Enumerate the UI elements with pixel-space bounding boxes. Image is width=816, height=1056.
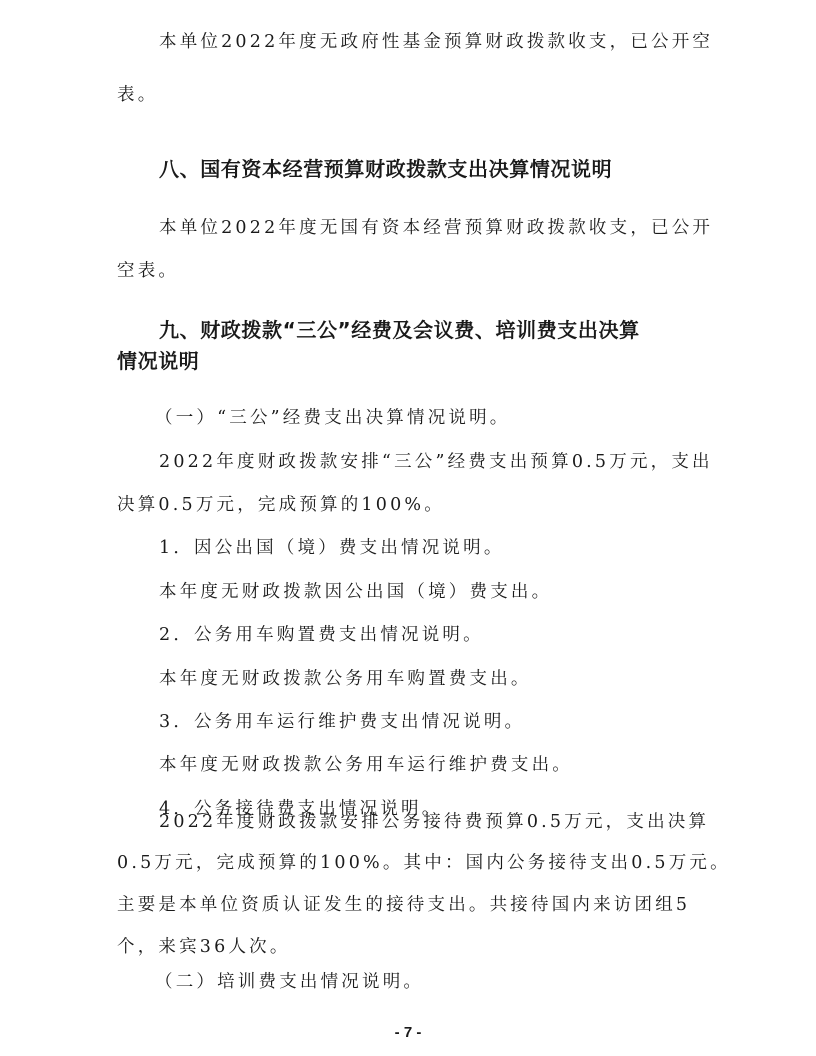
- paragraph-line: 表。: [117, 83, 158, 107]
- page-number: - 7 -: [0, 1024, 816, 1041]
- paragraph-line: 本单位2022年度无政府性基金预算财政拨款收支，已公开空: [159, 30, 713, 54]
- paragraph-line: 个，来宾36人次。: [117, 935, 291, 959]
- paragraph-line: 主要是本单位资质认证发生的接待支出。共接待国内来访团组5: [117, 893, 690, 917]
- list-item-heading: 3．公务用车运行维护费支出情况说明。: [159, 710, 525, 734]
- paragraph-line: 本单位2022年度无国有资本经营预算财政拨款收支，已公开: [159, 216, 713, 240]
- paragraph-line: 2022年度财政拨款安排“三公”经费支出预算0.5万元，支出: [159, 450, 713, 474]
- subsection-heading: （一）“三公”经费支出决算情况说明。: [155, 406, 511, 430]
- list-item-text: 本年度无财政拨款公务用车运行维护费支出。: [159, 753, 573, 777]
- paragraph-line: 空表。: [117, 259, 179, 283]
- section-heading-9-cont: 情况说明: [117, 347, 199, 375]
- list-item-heading: 2．公务用车购置费支出情况说明。: [159, 623, 484, 647]
- list-item-text: 本年度无财政拨款因公出国（境）费支出。: [159, 580, 552, 604]
- section-heading-8: 八、国有资本经营预算财政拨款支出决算情况说明: [159, 155, 612, 183]
- paragraph-line: 2022年度财政拨款安排公务接待费预算0.5万元，支出决算: [159, 810, 709, 834]
- subsection-heading: （二）培训费支出情况说明。: [155, 970, 424, 994]
- section-heading-9: 九、财政拨款“三公”经费及会议费、培训费支出决算: [159, 316, 640, 344]
- list-item-text: 本年度无财政拨款公务用车购置费支出。: [159, 667, 532, 691]
- document-page: 本单位2022年度无政府性基金预算财政拨款收支，已公开空 表。 八、国有资本经营…: [0, 0, 816, 1056]
- paragraph-line: 0.5万元，完成预算的100%。其中：国内公务接待支出0.5万元。: [117, 851, 731, 875]
- list-item-heading: 1．因公出国（境）费支出情况说明。: [159, 536, 505, 560]
- paragraph-line: 决算0.5万元，完成预算的100%。: [117, 493, 445, 517]
